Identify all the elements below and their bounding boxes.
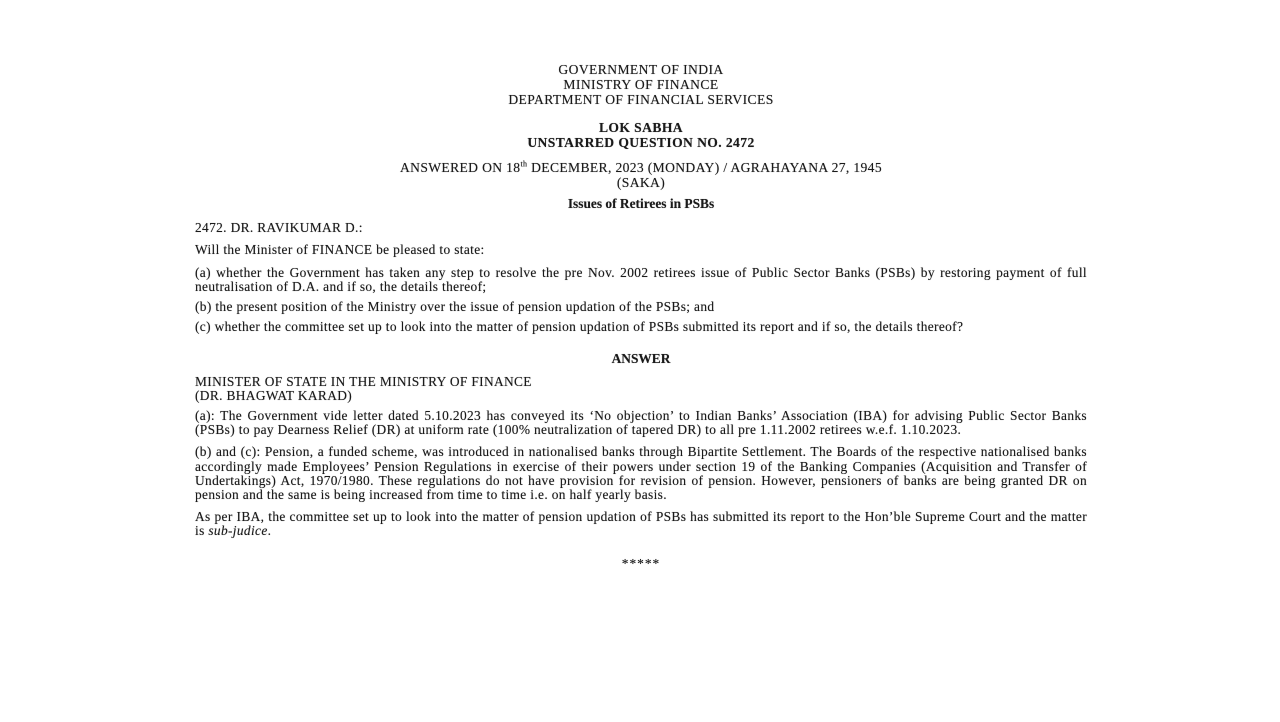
document-page: GOVERNMENT OF INDIA MINISTRY OF FINANCE … [195,62,1087,571]
header-line-department: DEPARTMENT OF FINANCIAL SERVICES [195,92,1087,107]
question-part-a: (a) whether the Government has taken any… [195,266,1087,294]
minister-title: MINISTER OF STATE IN THE MINISTRY OF FIN… [195,375,1087,389]
house-name: LOK SABHA [195,120,1087,135]
question-part-b: (b) the present position of the Ministry… [195,300,1087,314]
header-line-ministry: MINISTRY OF FINANCE [195,77,1087,92]
answer-para-bc: (b) and (c): Pension, a funded scheme, w… [195,445,1087,502]
question-header: LOK SABHA UNSTARRED QUESTION NO. 2472 [195,120,1087,150]
answered-date: ANSWERED ON 18th DECEMBER, 2023 (MONDAY)… [195,160,1087,175]
govt-header: GOVERNMENT OF INDIA MINISTRY OF FINANCE … [195,62,1087,107]
question-asker: 2472. DR. RAVIKUMAR D.: [195,221,1087,235]
minister-name: (DR. BHAGWAT KARAD) [195,389,1087,403]
question-part-c: (c) whether the committee set up to look… [195,320,1087,334]
saka-label: (SAKA) [195,175,1087,190]
end-of-document-mark: ***** [195,557,1087,571]
answer-para-iba: As per IBA, the committee set up to look… [195,510,1087,538]
subject-title: Issues of Retirees in PSBs [195,197,1087,211]
header-line-government: GOVERNMENT OF INDIA [195,62,1087,77]
question-intro: Will the Minister of FINANCE be pleased … [195,243,1087,257]
answer-heading: ANSWER [195,352,1087,366]
answer-para-a: (a): The Government vide letter dated 5.… [195,409,1087,437]
question-number: UNSTARRED QUESTION NO. 2472 [195,135,1087,150]
